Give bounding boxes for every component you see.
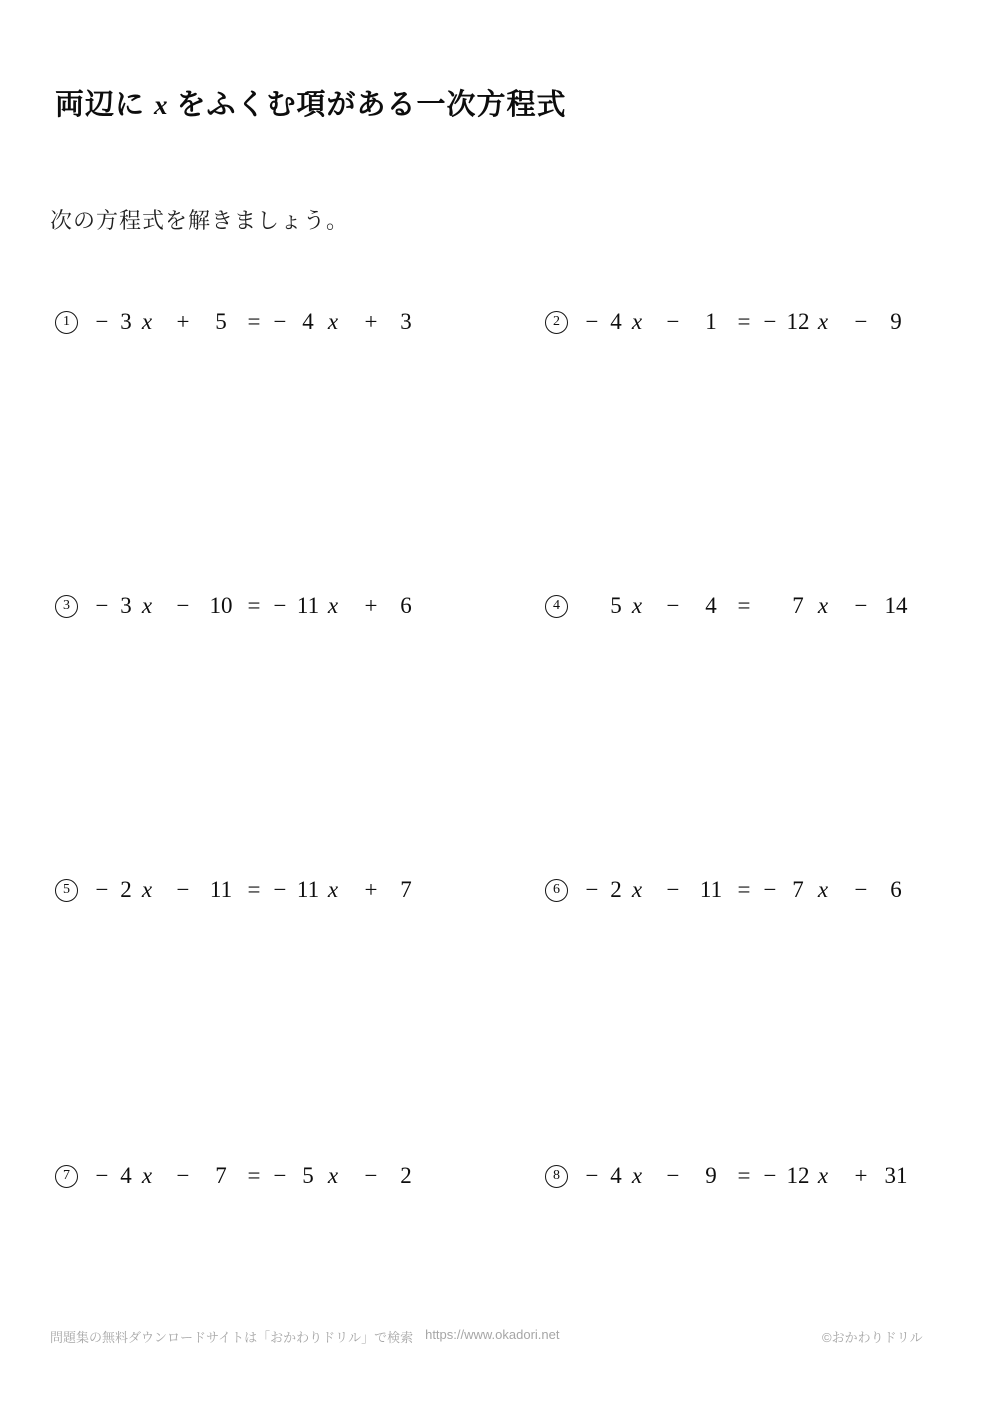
lhs-coefficient: 4 (605, 309, 627, 335)
lhs-operator: − (165, 1163, 201, 1189)
footer-search-label: 問題集の無料ダウンロードサイトは「おかわりドリル」で検索 (50, 1327, 413, 1346)
rhs-sign: − (757, 877, 783, 903)
lhs-sign: − (89, 877, 115, 903)
rhs-variable-x: x (813, 309, 833, 335)
instruction-text: 次の方程式を解きましょう。 (50, 204, 349, 235)
lhs-constant: 4 (691, 593, 731, 619)
rhs-constant: 9 (877, 309, 915, 335)
rhs-coefficient: 12 (783, 1163, 813, 1189)
lhs-operator: − (655, 309, 691, 335)
rhs-coefficient: 11 (293, 877, 323, 903)
rhs-sign: − (757, 309, 783, 335)
rhs-variable-x: x (813, 593, 833, 619)
rhs-constant: 31 (877, 1163, 915, 1189)
rhs-coefficient: 12 (783, 309, 813, 335)
lhs-variable-x: x (627, 877, 647, 903)
lhs-constant: 11 (691, 877, 731, 903)
equation-number: 2 (553, 315, 560, 329)
lhs-sign: − (579, 877, 605, 903)
footer-url: https://www.okadori.net (425, 1327, 559, 1346)
title-variable-x: x (145, 90, 177, 120)
equation-number: 7 (63, 1169, 70, 1183)
lhs-operator: − (655, 877, 691, 903)
equation-row-2: 2 − 4 x − 1 = − 12 x − 9 (545, 304, 915, 340)
equation-number: 4 (553, 599, 560, 613)
equation-row-3: 3 − 3 x − 10 = − 11 x + 6 (55, 588, 425, 624)
rhs-variable-x: x (323, 877, 343, 903)
lhs-constant: 5 (201, 309, 241, 335)
lhs-variable-x: x (137, 1163, 157, 1189)
lhs-coefficient: 3 (115, 309, 137, 335)
circled-number: 5 (55, 879, 78, 902)
rhs-sign: − (757, 1163, 783, 1189)
lhs-variable-x: x (627, 309, 647, 335)
lhs-constant: 11 (201, 877, 241, 903)
lhs-variable-x: x (137, 309, 157, 335)
lhs-sign: − (579, 309, 605, 335)
rhs-coefficient: 4 (293, 309, 323, 335)
equation-number: 3 (63, 599, 70, 613)
circled-number: 3 (55, 595, 78, 618)
rhs-operator: + (355, 593, 387, 619)
equation-row-7: 7 − 4 x − 7 = − 5 x − 2 (55, 1158, 425, 1194)
lhs-operator: − (165, 877, 201, 903)
rhs-operator: − (845, 309, 877, 335)
circled-number: 4 (545, 595, 568, 618)
equation-row-6: 6 − 2 x − 11 = − 7 x − 6 (545, 872, 915, 908)
rhs-coefficient: 7 (783, 593, 813, 619)
circled-number: 1 (55, 311, 78, 334)
equation-number: 5 (63, 883, 70, 897)
equals-sign: = (241, 877, 267, 903)
equation-number: 6 (553, 883, 560, 897)
lhs-coefficient: 4 (605, 1163, 627, 1189)
lhs-constant: 10 (201, 593, 241, 619)
lhs-sign: − (89, 593, 115, 619)
lhs-sign: − (89, 1163, 115, 1189)
page-title-suffix: をふくむ項がある一次方程式 (177, 89, 567, 121)
equals-sign: = (731, 309, 757, 335)
lhs-variable-x: x (627, 593, 647, 619)
rhs-sign: − (267, 309, 293, 335)
rhs-constant: 7 (387, 877, 425, 903)
rhs-sign: − (267, 1163, 293, 1189)
lhs-variable-x: x (627, 1163, 647, 1189)
equation-row-4: 4 5 x − 4 = 7 x − 14 (545, 588, 915, 624)
rhs-operator: + (845, 1163, 877, 1189)
rhs-coefficient: 11 (293, 593, 323, 619)
footer-copyright: ©おかわりドリル (822, 1327, 923, 1346)
rhs-constant: 2 (387, 1163, 425, 1189)
page-title: 両辺にxをふくむ項がある一次方程式 (55, 82, 567, 123)
equals-sign: = (731, 1163, 757, 1189)
rhs-variable-x: x (813, 1163, 833, 1189)
equals-sign: = (241, 593, 267, 619)
lhs-coefficient: 2 (605, 877, 627, 903)
rhs-operator: − (845, 877, 877, 903)
rhs-variable-x: x (323, 593, 343, 619)
equals-sign: = (731, 593, 757, 619)
rhs-operator: + (355, 877, 387, 903)
lhs-variable-x: x (137, 593, 157, 619)
equals-sign: = (731, 877, 757, 903)
rhs-variable-x: x (323, 309, 343, 335)
equation-number: 8 (553, 1169, 560, 1183)
footer-site-note: 問題集の無料ダウンロードサイトは「おかわりドリル」で検索 https://www… (50, 1327, 560, 1346)
circled-number: 7 (55, 1165, 78, 1188)
rhs-operator: + (355, 309, 387, 335)
equation-row-8: 8 − 4 x − 9 = − 12 x + 31 (545, 1158, 915, 1194)
lhs-sign: − (579, 1163, 605, 1189)
rhs-constant: 14 (877, 593, 915, 619)
rhs-variable-x: x (813, 877, 833, 903)
circled-number: 8 (545, 1165, 568, 1188)
lhs-sign: − (89, 309, 115, 335)
rhs-constant: 3 (387, 309, 425, 335)
rhs-constant: 6 (877, 877, 915, 903)
lhs-variable-x: x (137, 877, 157, 903)
rhs-coefficient: 7 (783, 877, 813, 903)
equation-row-5: 5 − 2 x − 11 = − 11 x + 7 (55, 872, 425, 908)
lhs-coefficient: 4 (115, 1163, 137, 1189)
lhs-constant: 7 (201, 1163, 241, 1189)
rhs-sign: − (267, 877, 293, 903)
lhs-constant: 9 (691, 1163, 731, 1189)
rhs-variable-x: x (323, 1163, 343, 1189)
lhs-operator: − (655, 593, 691, 619)
lhs-constant: 1 (691, 309, 731, 335)
rhs-operator: − (355, 1163, 387, 1189)
lhs-coefficient: 5 (605, 593, 627, 619)
rhs-operator: − (845, 593, 877, 619)
equation-row-1: 1 − 3 x + 5 = − 4 x + 3 (55, 304, 425, 340)
equals-sign: = (241, 1163, 267, 1189)
circled-number: 2 (545, 311, 568, 334)
circled-number: 6 (545, 879, 568, 902)
lhs-coefficient: 3 (115, 593, 137, 619)
lhs-coefficient: 2 (115, 877, 137, 903)
lhs-operator: + (165, 309, 201, 335)
lhs-operator: − (165, 593, 201, 619)
page-title-prefix: 両辺に (55, 89, 145, 121)
lhs-operator: − (655, 1163, 691, 1189)
rhs-constant: 6 (387, 593, 425, 619)
rhs-coefficient: 5 (293, 1163, 323, 1189)
rhs-sign: − (267, 593, 293, 619)
equals-sign: = (241, 309, 267, 335)
equation-number: 1 (63, 315, 70, 329)
